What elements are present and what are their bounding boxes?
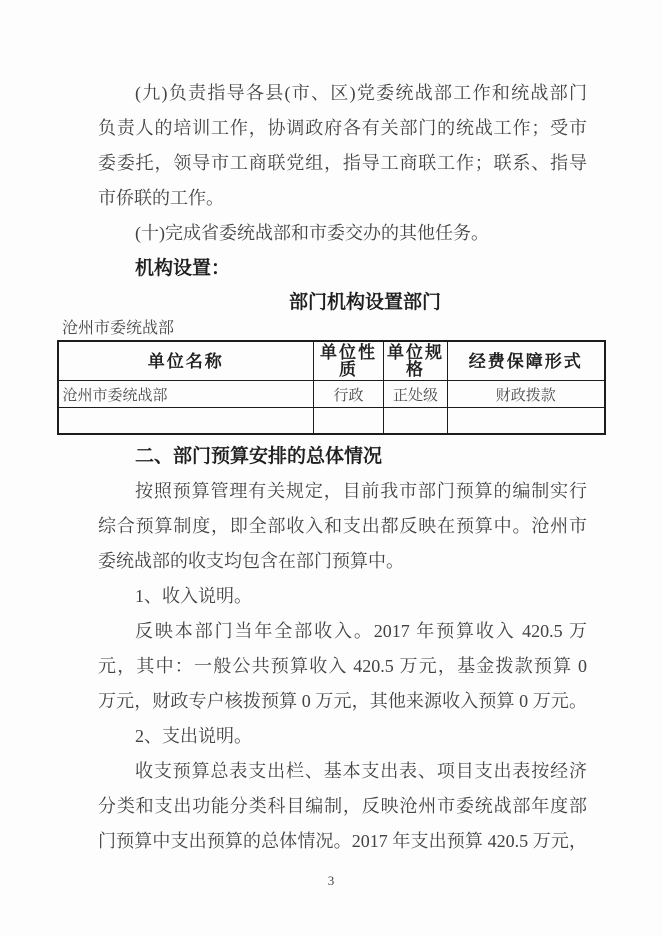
paragraph-line: 1、收入说明。 (98, 579, 587, 614)
table-header-cell: 单位规格 (384, 341, 448, 381)
paragraph-line: (十)完成省委统战部和市委交办的其他任务。 (98, 216, 587, 251)
document-page: (九)负责指导各县(市、区)党委统战部工作和统战部门 负责人的培训工作，协调政府… (0, 0, 662, 936)
table-header-cell: 单位名称 (58, 341, 314, 381)
paragraph-line: 委委托，领导市工商联党组，指导工商联工作；联系、指导 (98, 146, 587, 181)
section-heading: 二、部门预算安排的总体情况 (98, 439, 587, 474)
table-caption: 沧州市委统战部 (62, 318, 662, 340)
paragraph-duty-9: (九)负责指导各县(市、区)党委统战部工作和统战部门 负责人的培训工作，协调政府… (98, 76, 587, 216)
paragraph-line: 综合预算制度，即全部收入和支出都反映在预算中。沧州市 (98, 509, 587, 544)
paragraph-line: 按照预算管理有关规定，目前我市部门预算的编制实行 (98, 474, 587, 509)
page-number: 3 (0, 871, 662, 891)
table-title: 部门机构设置部门 (0, 288, 662, 318)
paragraph-budget-overview: 按照预算管理有关规定，目前我市部门预算的编制实行 综合预算制度，即全部收入和支出… (98, 474, 587, 579)
paragraph-line: 万元，财政专户核拨预算 0 万元，其他来源收入预算 0 万元。 (98, 684, 587, 719)
table-cell (314, 408, 384, 435)
table-cell: 财政拨款 (448, 381, 605, 408)
table-header-row: 单位名称 单位性质 单位规格 经费保障形式 (58, 341, 605, 381)
table-cell: 正处级 (384, 381, 448, 408)
org-structure-table: 单位名称 单位性质 单位规格 经费保障形式 沧州市委统战部 行政 正处级 财政拨… (57, 340, 606, 435)
paragraph-line: 反映本部门当年全部收入。2017 年预算收入 420.5 万 (98, 614, 587, 649)
table-cell (448, 408, 605, 435)
paragraph-expense-detail: 收支预算总表支出栏、基本支出表、项目支出表按经济 分类和支出功能分类科目编制，反… (98, 754, 587, 859)
paragraph-income-label: 1、收入说明。 (98, 579, 587, 614)
table-row (58, 408, 605, 435)
section2-block: 二、部门预算安排的总体情况 按照预算管理有关规定，目前我市部门预算的编制实行 综… (98, 439, 587, 859)
paragraph-line: 分类和支出功能分类科目编制，反映沧州市委统战部年度部 (98, 789, 587, 824)
paragraph-income-detail: 反映本部门当年全部收入。2017 年预算收入 420.5 万 元，其中：一般公共… (98, 614, 587, 719)
paragraph-line: 市侨联的工作。 (98, 181, 587, 216)
table-cell (384, 408, 448, 435)
paragraph-line: 2、支出说明。 (98, 719, 587, 754)
org-setup-heading: 机构设置： (98, 251, 587, 286)
org-setup-heading-block: 机构设置： (98, 251, 587, 286)
table-header-cell: 经费保障形式 (448, 341, 605, 381)
table-row: 沧州市委统战部 行政 正处级 财政拨款 (58, 381, 605, 408)
paragraph-line: 收支预算总表支出栏、基本支出表、项目支出表按经济 (98, 754, 587, 789)
paragraph-line: (九)负责指导各县(市、区)党委统战部工作和统战部门 (98, 76, 587, 111)
paragraph-line: 元，其中：一般公共预算收入 420.5 万元，基金拨款预算 0 (98, 649, 587, 684)
table-header-cell: 单位性质 (314, 341, 384, 381)
paragraph-duty-10: (十)完成省委统战部和市委交办的其他任务。 (98, 216, 587, 251)
paragraph-expense-label: 2、支出说明。 (98, 719, 587, 754)
paragraph-line: 负责人的培训工作，协调政府各有关部门的统战工作；受市 (98, 111, 587, 146)
paragraph-line: 门预算中支出预算的总体情况。2017 年支出预算 420.5 万元， (98, 824, 587, 859)
table-cell: 行政 (314, 381, 384, 408)
table-cell (58, 408, 314, 435)
paragraph-line: 委统战部的收支均包含在部门预算中。 (98, 544, 587, 579)
table-cell: 沧州市委统战部 (58, 381, 314, 408)
